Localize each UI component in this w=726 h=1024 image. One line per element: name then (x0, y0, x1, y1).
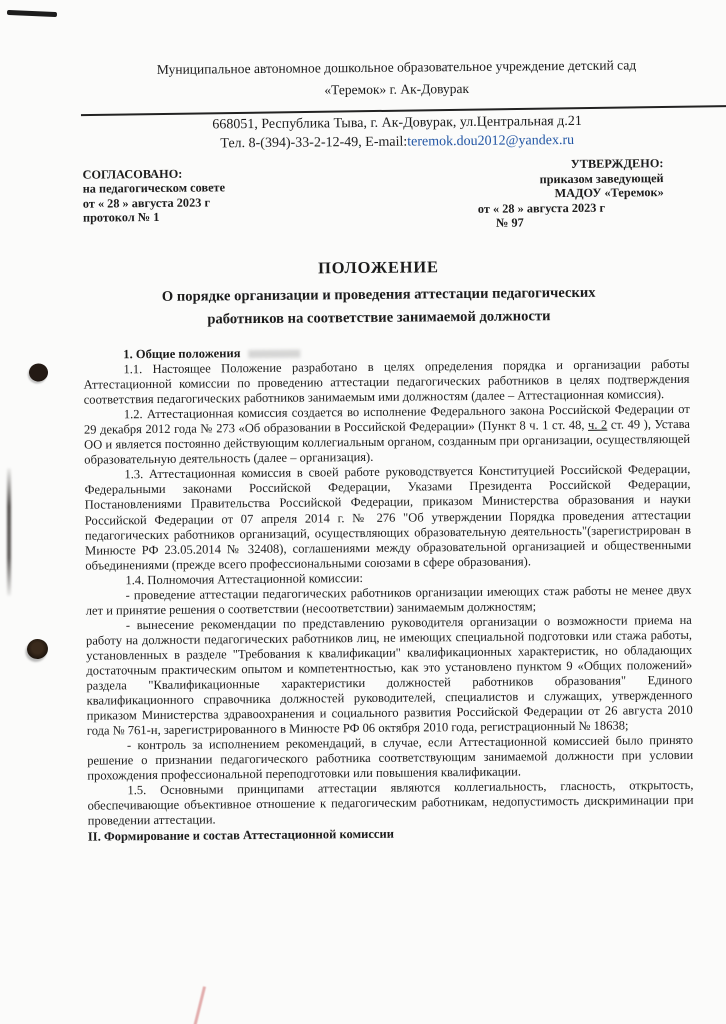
org-phone: Тел. 8-(394)-33-2-12-49, E-mail: (220, 135, 407, 152)
paragraph-1-5: 1.5. Основными принципами аттестации явл… (87, 778, 693, 829)
agreed-block: СОГЛАСОВАНО: на педагогическом совете от… (82, 165, 313, 225)
paragraph-1-2-underlined-ref: ч. 2 (588, 418, 607, 432)
approved-org-line: МАДОУ «Теремок» (406, 185, 664, 202)
paragraph-1-2: 1.2. Аттестационная комиссия создается в… (84, 402, 691, 468)
approved-number-line: № 97 (406, 214, 664, 231)
document-body: 1. Общие положения 1.1. Настоящее Положе… (83, 342, 694, 844)
scanned-document-page: Муниципальное автономное дошкольное обра… (0, 0, 726, 1024)
letterhead: Муниципальное автономное дошкольное обра… (81, 54, 711, 104)
section1-heading-text: 1. Общие положения (123, 346, 240, 361)
approved-block: УТВЕРЖДЕНО: приказом заведующей МАДОУ «Т… (405, 156, 664, 231)
letterhead-contacts: 668051, Республика Тыва, г. Ак-Довурак, … (82, 111, 712, 155)
document-title: ПОЛОЖЕНИЕ О порядке организации и провед… (58, 255, 699, 333)
org-email: teremok.dou2012@yandex.ru (407, 133, 574, 150)
paragraph-1-1: 1.1. Настоящее Положение разработано в ц… (83, 357, 689, 408)
scan-smudge (248, 350, 300, 358)
bullet-item-3: - контроль за исполнением рекомендаций, … (87, 733, 693, 784)
title-word: ПОЛОЖЕНИЕ (58, 255, 698, 281)
bullet-item-2: - вынесение рекомендации по представлени… (86, 613, 693, 739)
title-line3: работников на соответствие занимаемой до… (59, 304, 699, 333)
agreed-protocol-line: протокол № 1 (83, 209, 313, 226)
paragraph-1-3: 1.3. Аттестационная комиссия в своей раб… (84, 462, 691, 573)
document-content: Муниципальное автономное дошкольное обра… (0, 0, 726, 1024)
